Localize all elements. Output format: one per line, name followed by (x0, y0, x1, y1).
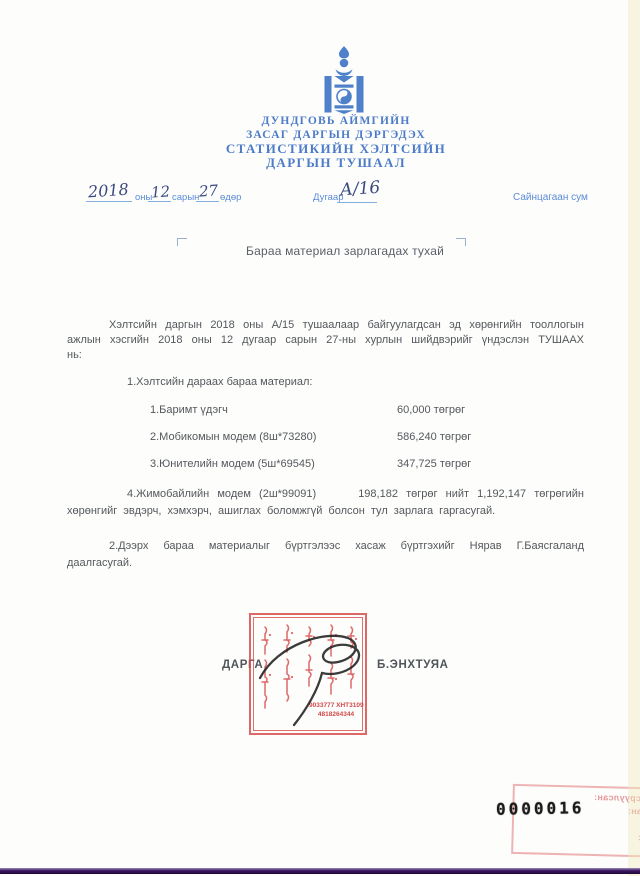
org-line: ДУНДГОВЬ АЙМГИЙН (176, 114, 496, 128)
underline (86, 201, 132, 202)
body-paragraph-item4: 4.Жимобайлийн модем (2ш*99091)198,182 тө… (67, 486, 584, 520)
body-paragraph-1: Хэлтсийн даргын 2018 оны А/15 тушаалаар … (67, 318, 584, 364)
scan-edge-bar (0, 868, 640, 874)
list-header: 1.Хэлтсийн дараах бараа материал: (127, 376, 312, 388)
soyombo-emblem-icon (322, 46, 366, 114)
mirrored-line: Огноо: (519, 828, 640, 845)
underline (148, 201, 171, 202)
item-amount: 60,000 төгрөг (397, 404, 465, 416)
location-label: Сайнцагаан сум (513, 192, 588, 203)
document-serial-number-stamp: 0000016 (496, 798, 585, 819)
underline (337, 202, 377, 203)
handwritten-signature (238, 612, 408, 737)
day-label: өдөр (220, 192, 241, 203)
item-label: 2.Мобикомын модем (8ш*73280) (150, 431, 316, 443)
item4-label: 4.Жимобайлийн модем (2ш*99091) (127, 488, 316, 500)
org-line: СТАТИСТИКИЙН ХЭЛТСИЙН (176, 142, 496, 156)
org-header: ДУНДГОВЬ АЙМГИЙН ЗАСАГ ДАРГЫН ДЭРГЭДЭХ С… (176, 114, 496, 170)
org-line: ЗАСАГ ДАРГЫН ДЭРГЭДЭХ (176, 128, 496, 142)
scan-edge-band (628, 0, 640, 876)
item-label: 1.Баримт үдэгч (150, 404, 228, 416)
org-line: ДАРГЫН ТУШААЛ (176, 156, 496, 170)
scanned-document-page: ДУНДГОВЬ АЙМГИЙН ЗАСАГ ДАРГЫН ДЭРГЭДЭХ С… (0, 0, 640, 876)
corner-stamp-mirrored: Боловсруулсан: Хянасан: Хув: Огноо: (511, 784, 640, 858)
item-label: 3.Юнителийн модем (5ш*69545) (150, 458, 315, 470)
handwritten-month: 12 (150, 182, 170, 201)
item-amount: 586,240 төгрөг (397, 431, 471, 443)
document-title: Бараа материал зарлагадах тухай (50, 244, 640, 258)
body-paragraph-2: 2.Дээрх бараа материалыг бүртгэлээс хаса… (67, 538, 584, 572)
handwritten-number: А/16 (339, 178, 381, 201)
handwritten-year: 2018 (87, 180, 129, 202)
item-amount: 347,725 төгрөг (397, 458, 471, 470)
handwritten-day: 27 (198, 181, 218, 200)
underline (196, 201, 219, 202)
